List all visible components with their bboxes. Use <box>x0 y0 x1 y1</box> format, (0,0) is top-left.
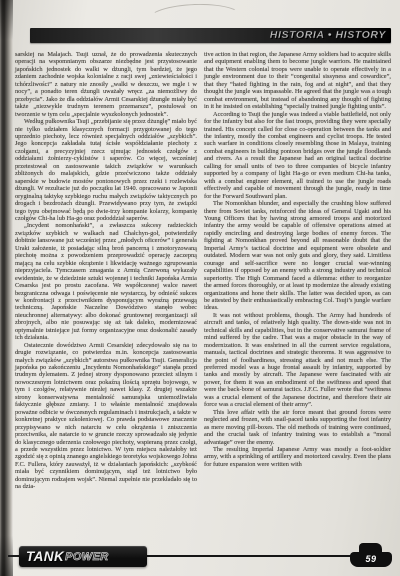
paragraph-english-6: The resulting Imperial Japanese Army was… <box>204 446 391 468</box>
binding-shadow <box>0 0 13 576</box>
tank-silhouette-icon: 59 <box>350 543 392 569</box>
paragraph-english-1: tive action in that region, the Japanese… <box>204 51 391 111</box>
tank-gun-barrel-rule <box>146 555 354 557</box>
paragraph-polish-1: sarskiej na Malajach. Tsuji uznał, że do… <box>15 51 197 118</box>
section-header-bar: HISTORIA • HISTORY <box>30 28 391 43</box>
paragraph-polish-2: Według pułkownika Tsuji „przebijanie się… <box>15 118 197 222</box>
paragraph-polish-3: „Incydent nomonhański”, a zwłaszcza sukc… <box>15 222 197 341</box>
page-number: 59 <box>350 552 392 567</box>
paragraph-english-4: It was not without problems, though. The… <box>204 312 391 409</box>
polish-text-column: sarskiej na Malajach. Tsuji uznał, że do… <box>15 51 197 491</box>
tankpower-logo-tank-text: TANK <box>26 549 64 564</box>
tankpower-logo: TANK POWER <box>19 546 147 567</box>
english-text-column: tive action in that region, the Japanese… <box>204 51 391 468</box>
section-title: HISTORIA • HISTORY <box>270 29 386 41</box>
scanned-book-page: HISTORIA • HISTORY sarskiej na Malajach.… <box>0 0 400 576</box>
tankpower-logo-power-text: POWER <box>65 551 109 563</box>
paragraph-english-2: According to Tsuji the jungle was indeed… <box>204 111 391 200</box>
paragraph-english-5: This love affair with the air force mean… <box>204 409 391 446</box>
paragraph-english-3: The Nomonkhan blunder, and especially th… <box>204 200 391 312</box>
paragraph-polish-4: Ostatecznie dowództwo Armii Cesarskiej z… <box>15 342 197 491</box>
